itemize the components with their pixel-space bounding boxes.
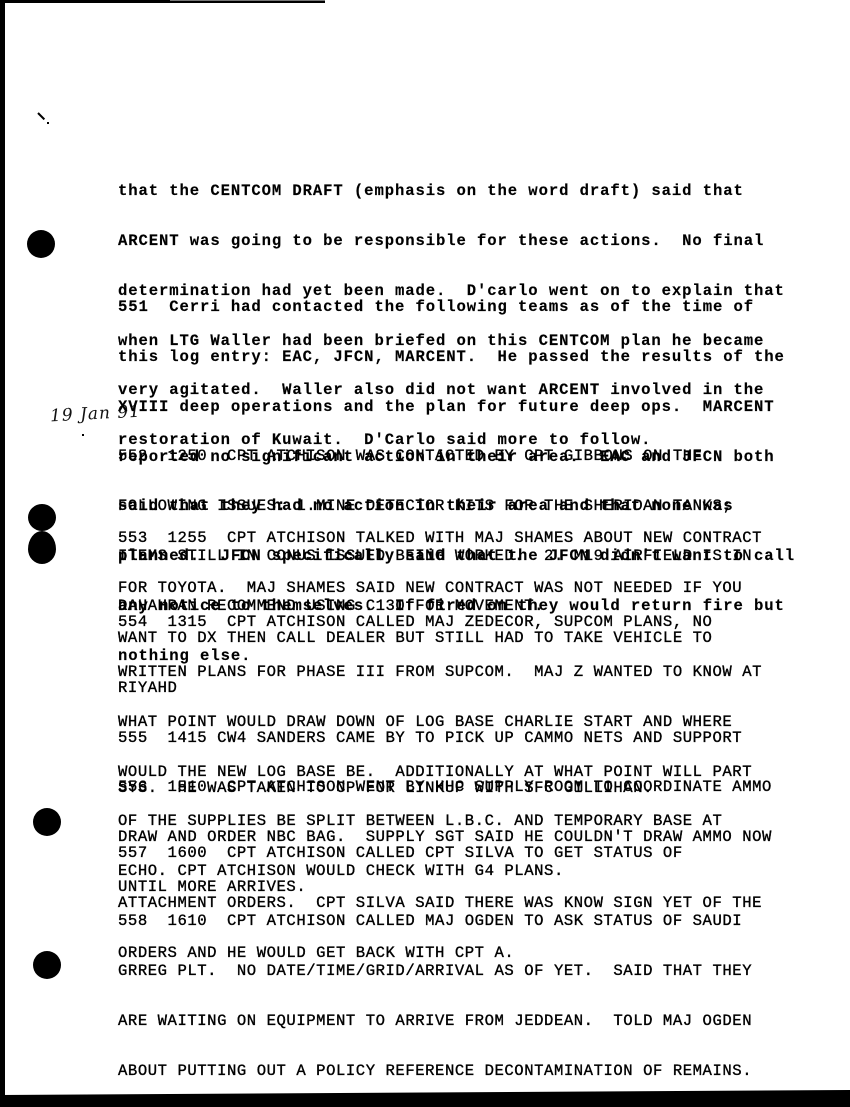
text-line: 555 1415 CW4 SANDERS CAME BY TO PICK UP … (118, 730, 742, 747)
text-line: 556 1510 CPT ATCHISON WENT BY HHC SUPPLY… (118, 779, 772, 796)
punch-hole-icon (28, 504, 56, 531)
text-line: 551 Cerri had contacted the following te… (118, 299, 795, 316)
text-line: 554 1315 CPT ATCHISON CALLED MAJ ZEDECOR… (118, 614, 762, 631)
scanned-document-page: 19 Jan 91 that the CENTCOM DRAFT (emphas… (0, 0, 850, 1107)
log-entry-558: 558 1610 CPT ATCHISON CALLED MAJ OGDEN T… (118, 880, 752, 1107)
scan-left-border (0, 0, 5, 1107)
scan-top-edge-shadow (170, 0, 325, 1)
text-line: this log entry: EAC, JFCN, MARCENT. He p… (118, 349, 795, 366)
text-line: 557 1600 CPT ATCHISON CALLED CPT SILVA T… (118, 845, 762, 862)
text-line: XVIII deep operations and the plan for f… (118, 399, 795, 416)
text-line: ARCENT was going to be responsible for t… (118, 233, 785, 250)
text-line: WRITTEN PLANS FOR PHASE III FROM SUPCOM.… (118, 664, 762, 681)
scan-speck-dot (47, 122, 49, 124)
text-line: 558 1610 CPT ATCHISON CALLED MAJ OGDEN T… (118, 913, 752, 930)
handwritten-tick-mark (82, 434, 84, 436)
punch-hole-icon (27, 230, 55, 258)
punch-hole-icon (33, 951, 61, 979)
scan-speck-mark (37, 112, 45, 120)
text-line: ABOUT PUTTING OUT A POLICY REFERENCE DEC… (118, 1063, 752, 1080)
text-line: 553 1255 CPT ATCHISON TALKED WITH MAJ SH… (118, 530, 762, 547)
punch-hole-icon (33, 808, 61, 836)
punch-hole-icon (28, 531, 56, 564)
text-line: ARE WAITING ON EQUIPMENT TO ARRIVE FROM … (118, 1013, 752, 1030)
text-line: 552 1250 CPT ATCHISON WAS CONTACTED BY C… (118, 448, 752, 465)
text-line: that the CENTCOM DRAFT (emphasis on the … (118, 183, 785, 200)
text-line: GRREG PLT. NO DATE/TIME/GRID/ARRIVAL AS … (118, 963, 752, 980)
